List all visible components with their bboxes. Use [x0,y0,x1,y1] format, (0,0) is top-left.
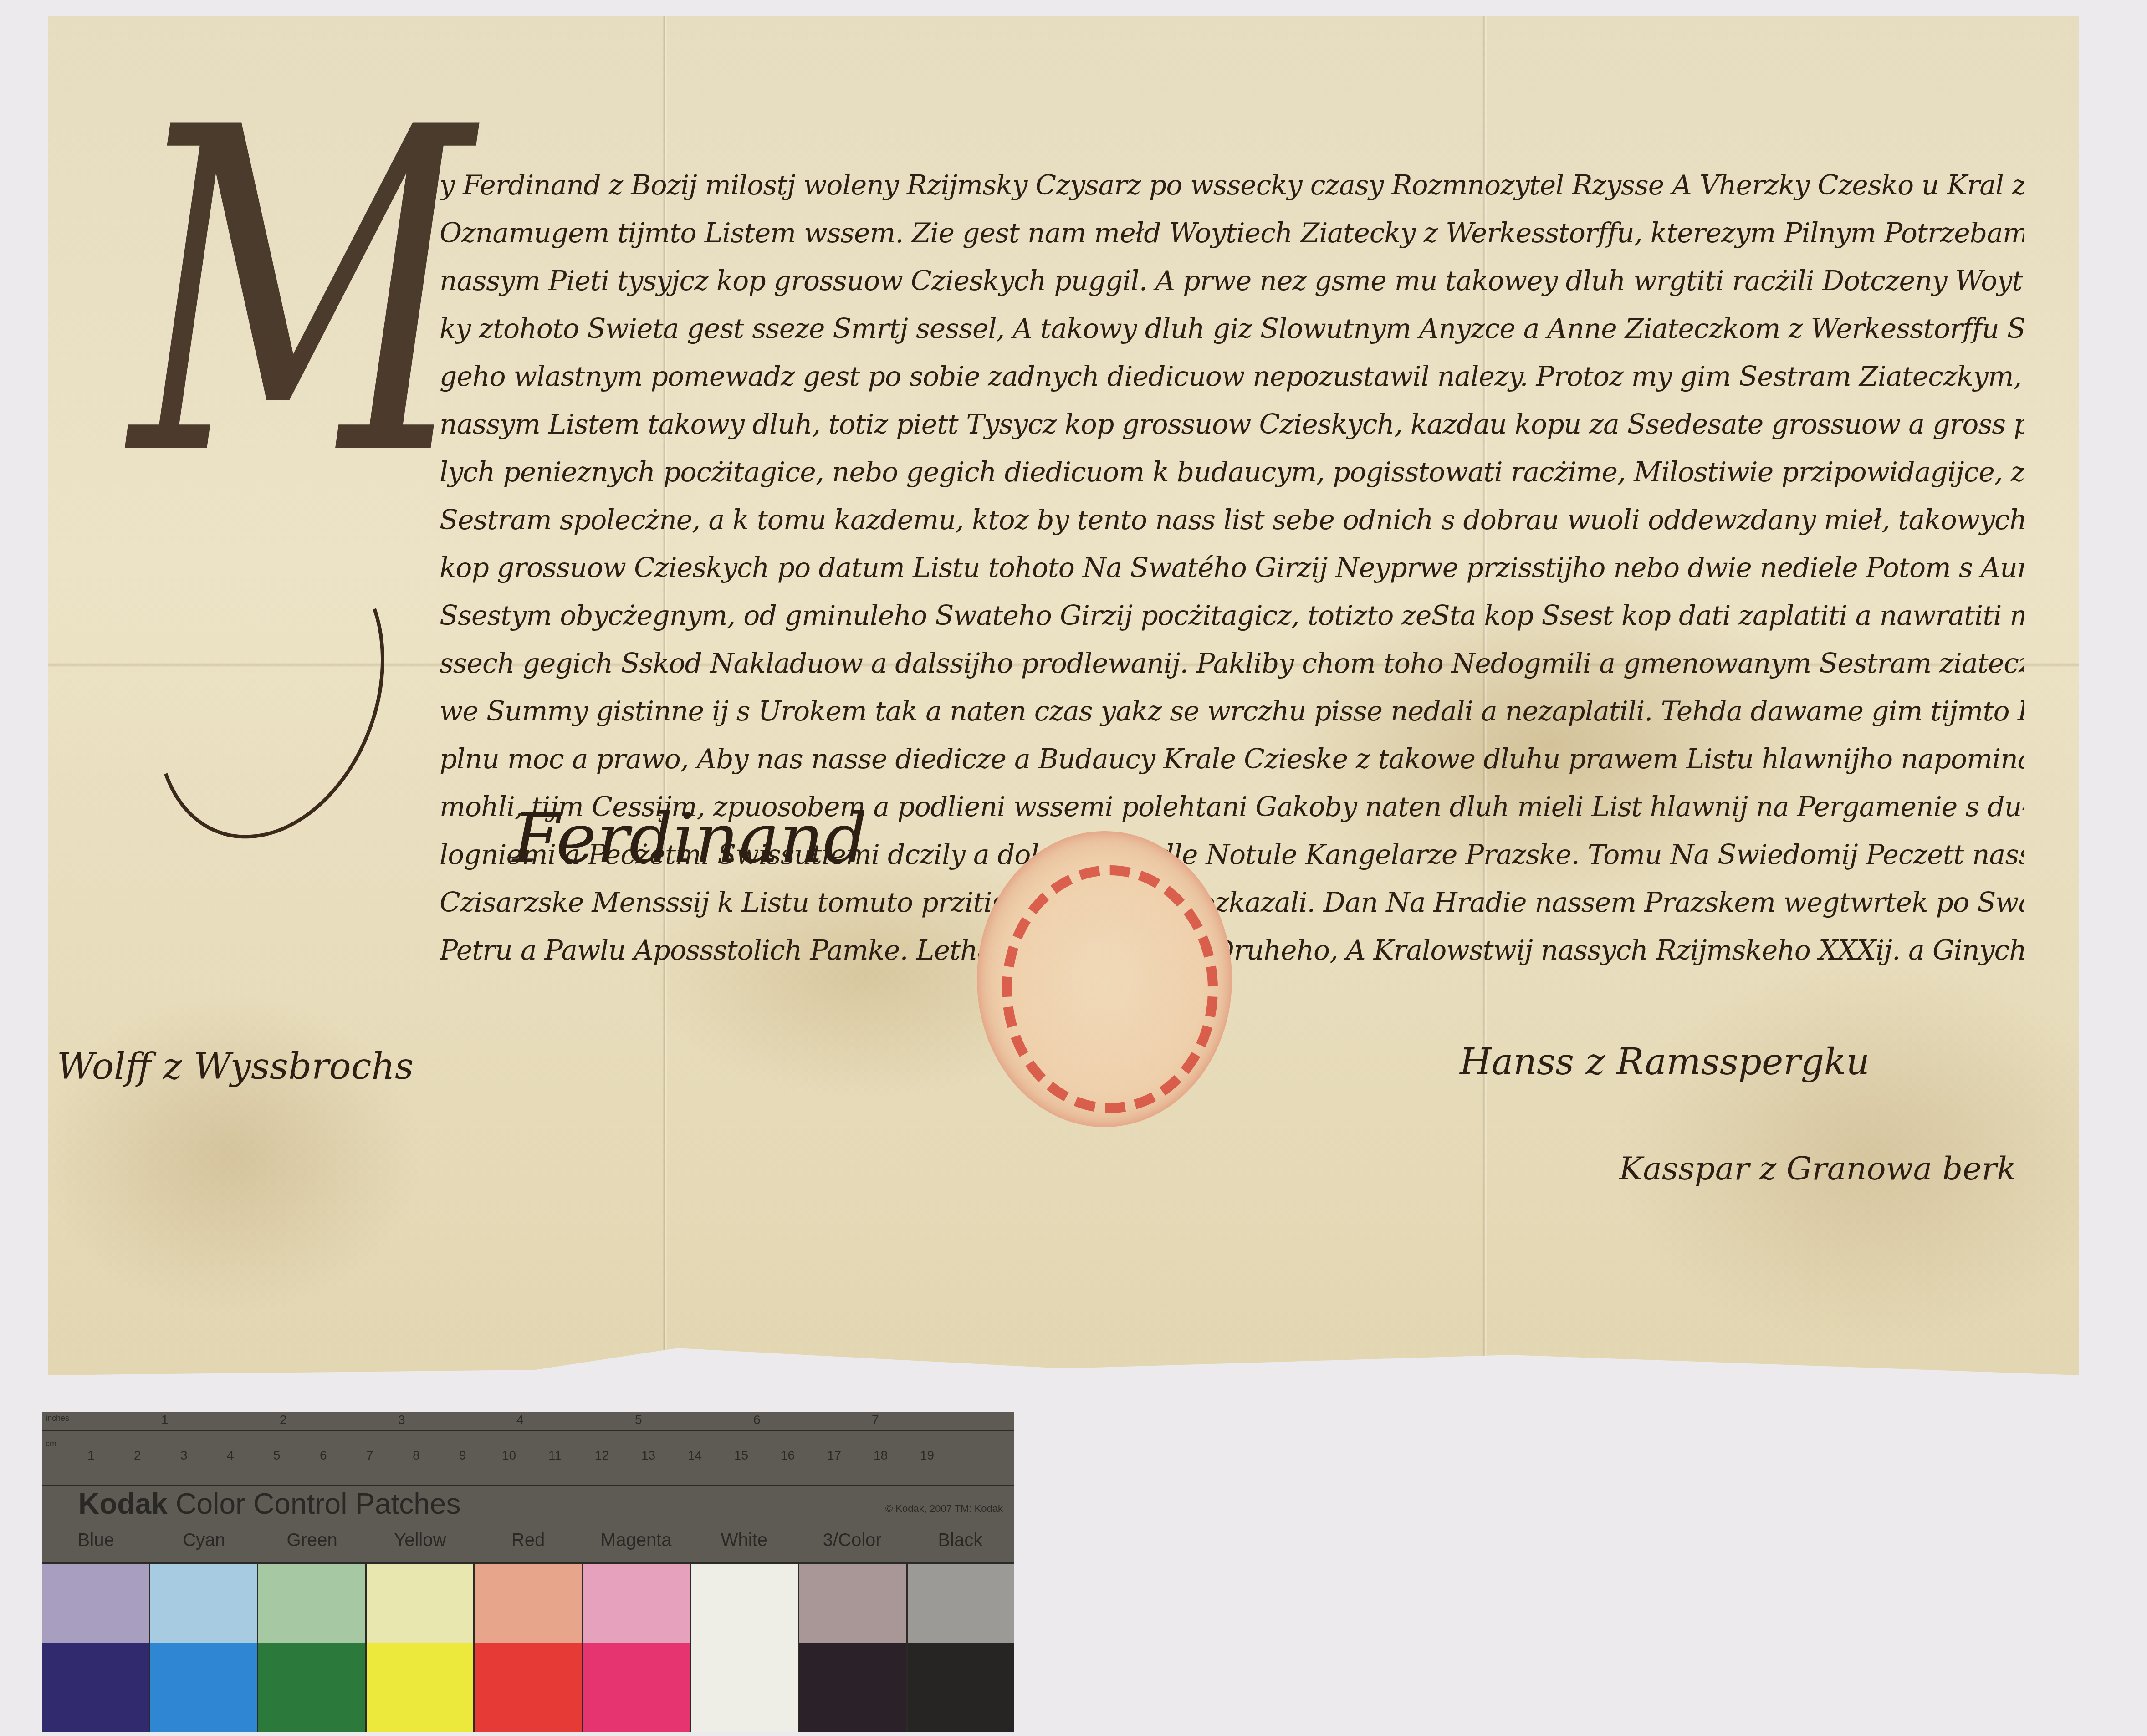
cm-mark: 8 [413,1448,420,1463]
text-line: we Summy gistinne ij s Urokem tak a nate… [440,688,2024,735]
patch-labels: Blue Cyan Green Yellow Red Magenta White… [42,1530,1014,1557]
cm-label: cm [46,1439,56,1449]
patch-solid [475,1643,582,1732]
patch-magenta [583,1564,691,1732]
patch-label: Black [906,1530,1014,1557]
inch-mark: 2 [280,1413,287,1427]
patch-label: Red [474,1530,582,1557]
wax-seal [977,831,1232,1127]
patch-cyan [150,1564,259,1732]
signature-kasspar: Kasspar z Granowa berk [1619,1150,2016,1187]
text-line: Oznamugem tijmto Listem wssem. Zie gest … [440,209,2024,257]
kodak-copyright: © Kodak, 2007 TM: Kodak [885,1503,1003,1515]
text-line: Ssestym obycżegnym, od gminuleho Swateho… [440,592,2024,640]
patch-tint [150,1564,257,1643]
patch-tint [367,1564,474,1643]
text-line: nassym Listem takowy dluh, totiz piett T… [440,401,2024,449]
cm-mark: 17 [827,1448,841,1463]
color-patches [42,1562,1014,1732]
cm-mark: 3 [180,1448,188,1463]
patch-label: Cyan [150,1530,258,1557]
text-line: ssech gegich Sskod Nakladuow a dalssijho… [440,640,2024,688]
text-line: plnu moc a prawo, Aby nas nasse diedicze… [440,735,2024,783]
patch-red [475,1564,583,1732]
patch-tint [258,1564,365,1643]
seal-ring [1002,865,1218,1113]
cm-mark: 14 [688,1448,702,1463]
signature-wolff: Wolff z Wyssbrochs [57,1045,414,1088]
inch-mark: 3 [398,1413,405,1427]
patch-solid [583,1643,690,1732]
cm-mark: 13 [641,1448,655,1463]
cm-mark: 5 [273,1448,281,1463]
patch-label: White [690,1530,798,1557]
patch-solid [150,1643,257,1732]
patch-tint [799,1564,906,1643]
parchment-charter: M y Ferdinand z Bozij milostj woleny Rzi… [48,16,2079,1375]
text-line: nassym Pieti tysyjcz kop grossuow Cziesk… [440,257,2024,305]
patch-solid [799,1643,906,1732]
cm-mark: 18 [874,1448,888,1463]
patch-solid [258,1643,365,1732]
kodak-title-text: Color Control Patches [175,1487,460,1520]
cm-mark: 11 [548,1448,562,1463]
inch-mark: 4 [516,1413,524,1427]
cm-mark: 12 [595,1448,609,1463]
text-line: geho wlastnym pomewadz gest po sobie zad… [440,353,2024,401]
patch-solid [42,1643,149,1732]
cm-mark: 6 [320,1448,327,1463]
patch-label: Yellow [366,1530,474,1557]
kodak-brand: Kodak [78,1487,168,1520]
cm-mark: 9 [459,1448,466,1463]
inch-mark: 5 [635,1413,642,1427]
patch-blue [42,1564,150,1732]
cm-mark: 4 [227,1448,234,1463]
kodak-title: Kodak Color Control Patches [78,1487,460,1521]
patch-tint [691,1564,798,1643]
patch-solid [691,1643,798,1732]
text-line: Sestram spolecżne, a k tomu kazdemu, kto… [440,496,2024,544]
cm-mark: 16 [781,1448,795,1463]
inch-mark: 6 [753,1413,761,1427]
cm-mark: 19 [920,1448,934,1463]
patch-white [691,1564,799,1732]
patch-green [258,1564,367,1732]
royal-signature: Ferdinand [512,799,867,878]
patch-black [908,1564,1015,1732]
patch-label: Blue [42,1530,150,1557]
patch-yellow [367,1564,475,1732]
patch-solid [367,1643,474,1732]
patch-label: Magenta [582,1530,690,1557]
inch-mark: 1 [161,1413,169,1427]
cm-mark: 7 [366,1448,373,1463]
text-line: kop grossuow Czieskych po datum Listu to… [440,544,2024,592]
text-line: lych penieznych pocżitagice, nebo gegich… [440,449,2024,496]
cm-mark: 1 [87,1448,95,1463]
text-line: y Ferdinand z Bozij milostj woleny Rzijm… [440,162,2024,209]
inch-mark: 7 [872,1413,879,1427]
text-line: Czisarzske Mensssij k Listu tomuto przit… [440,879,2024,927]
patch-tint [475,1564,582,1643]
ruler: inches 1 2 3 4 5 6 7 cm 1 2 3 4 5 6 7 8 … [42,1412,1014,1486]
inches-label: inches [46,1414,69,1423]
signature-hanss: Hanss z Ramsspergku [1460,1041,1870,1083]
ruler-inch-scale: inches 1 2 3 4 5 6 7 [42,1412,1014,1431]
cm-mark: 2 [134,1448,141,1463]
patch-tint [908,1564,1015,1643]
patch-label: 3/Color [798,1530,906,1557]
kodak-color-card: inches 1 2 3 4 5 6 7 cm 1 2 3 4 5 6 7 8 … [42,1412,1014,1731]
patch-label: Green [258,1530,366,1557]
text-line: Petru a Pawlu Apossstolich Pamke. Letha … [440,927,2024,975]
patch-tint [42,1564,149,1643]
patch-tint [583,1564,690,1643]
cm-mark: 10 [502,1448,516,1463]
patch-3color [799,1564,908,1732]
patch-solid [908,1643,1015,1732]
text-line: ky ztohoto Swieta gest sseze Smrtj sesse… [440,305,2024,353]
cm-mark: 15 [734,1448,748,1463]
